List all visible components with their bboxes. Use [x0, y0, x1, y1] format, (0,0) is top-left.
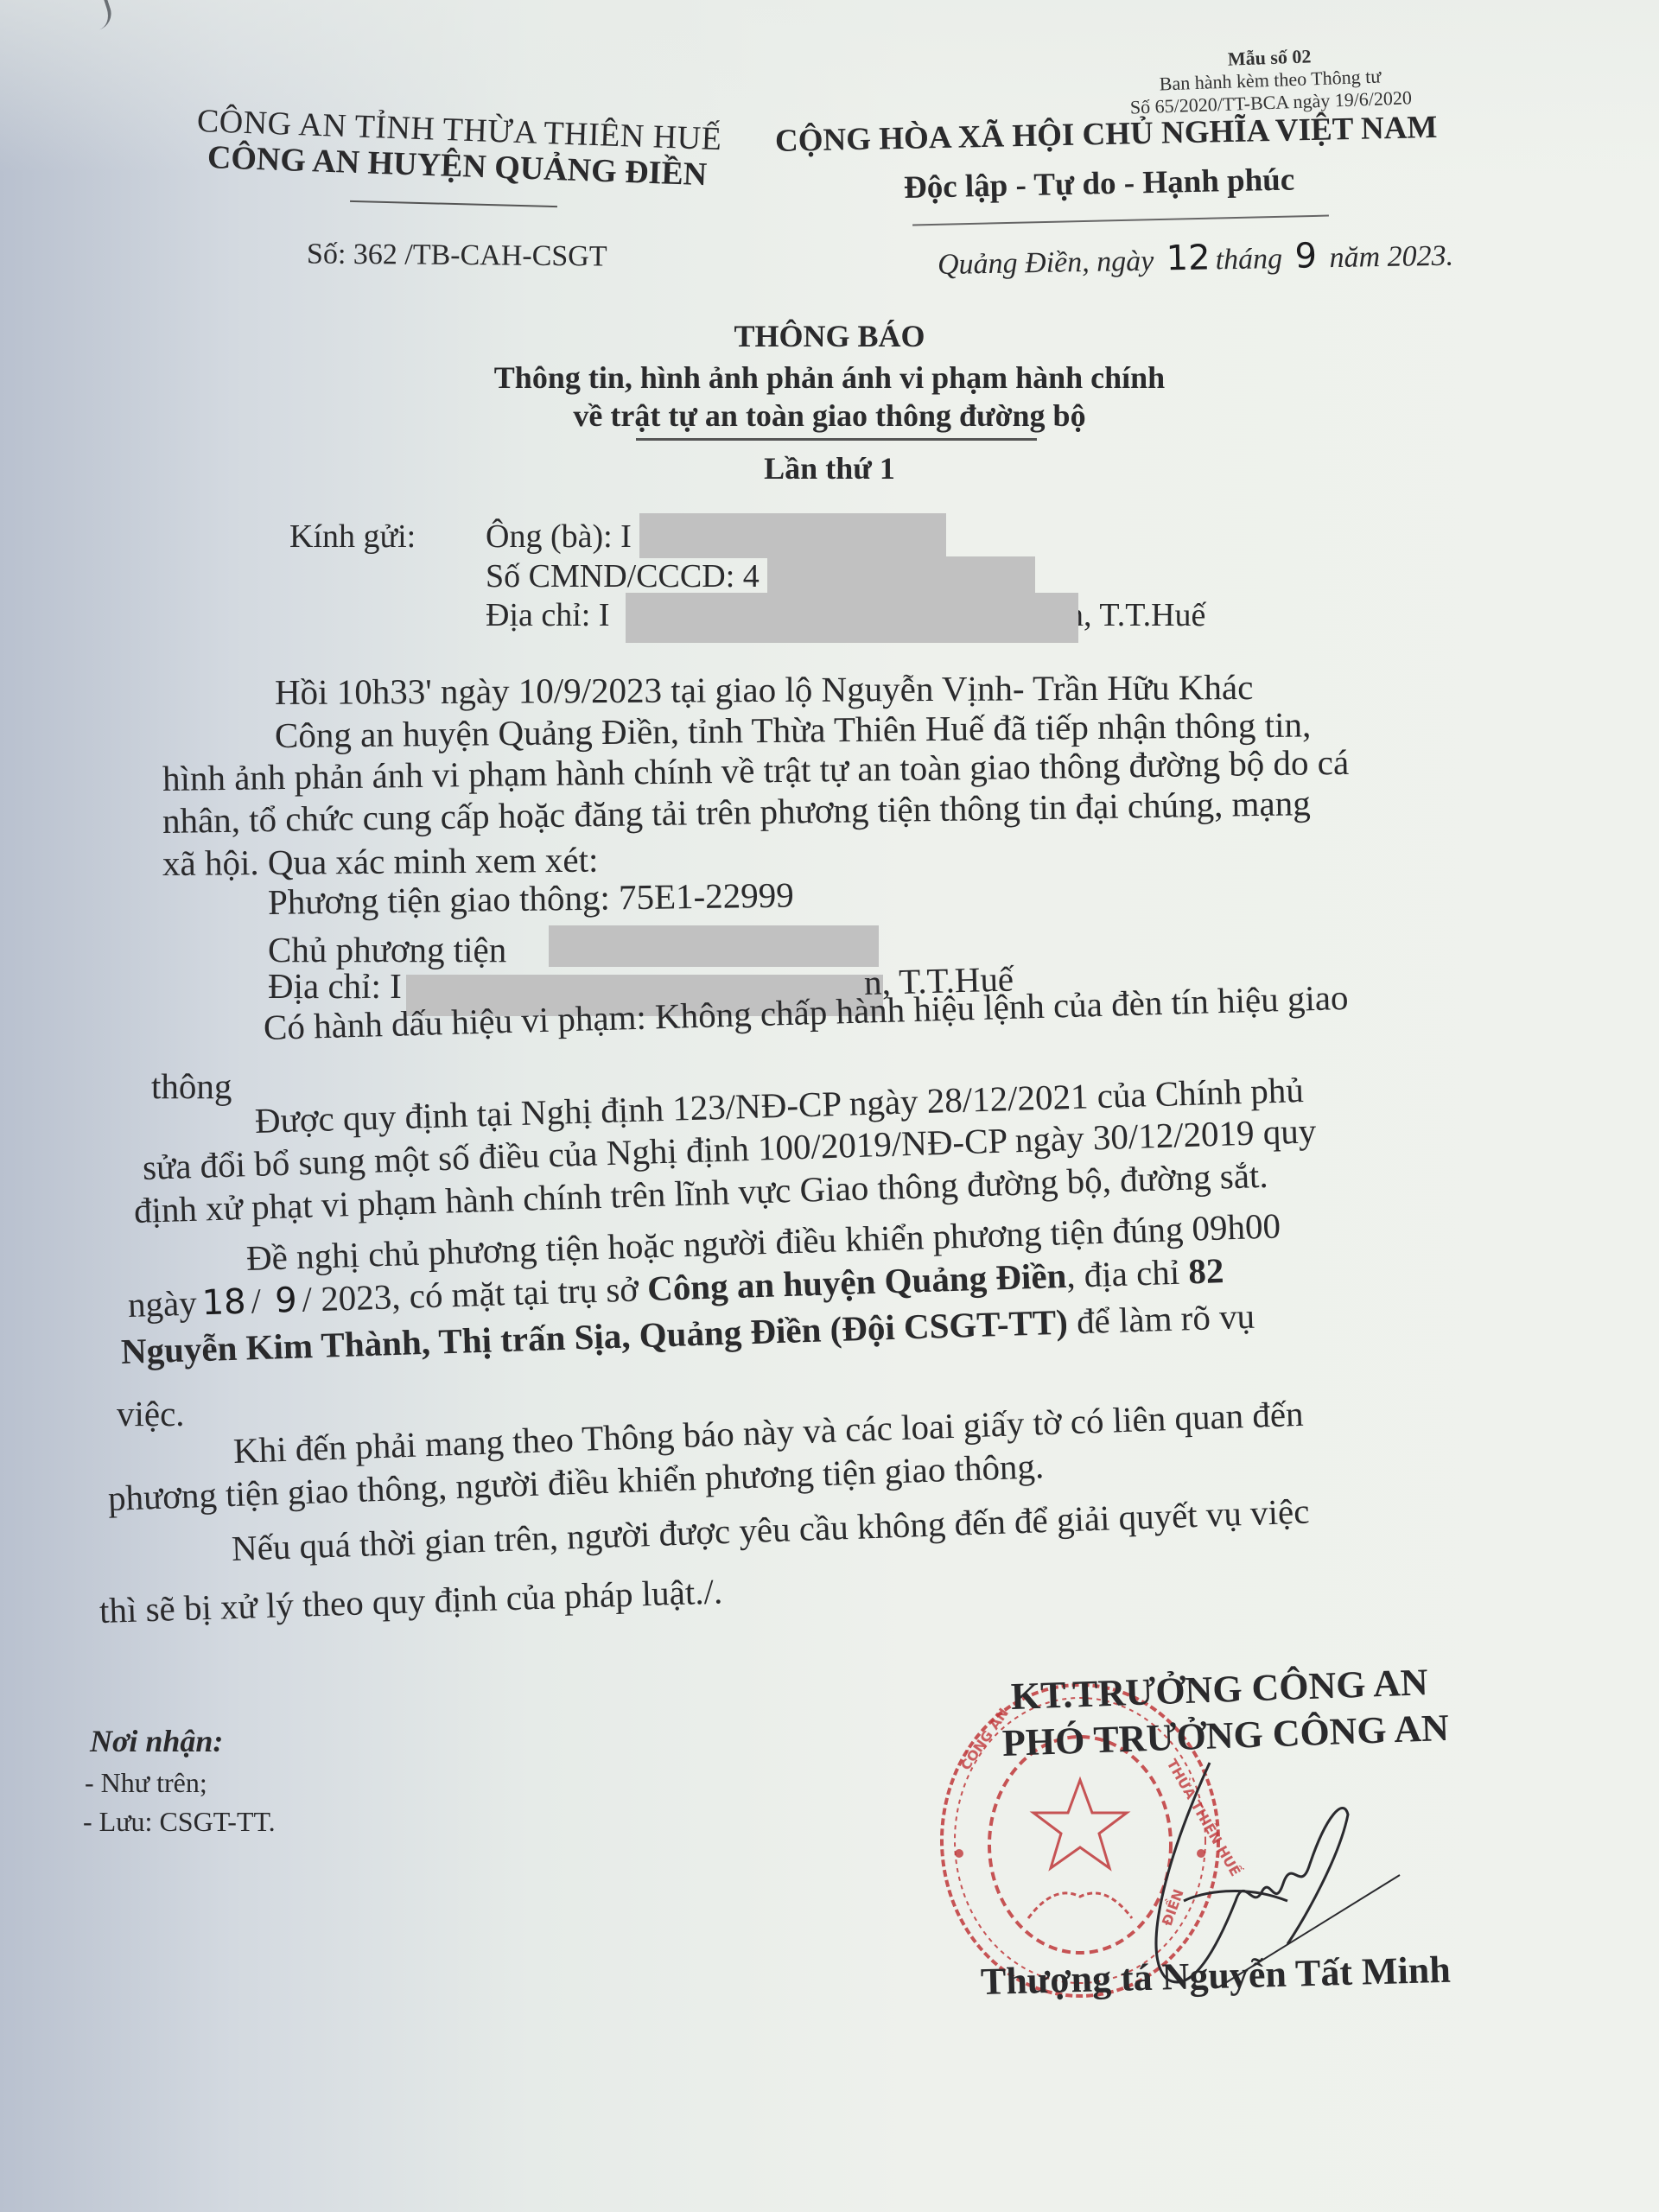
- violation-line2: thông: [151, 1065, 232, 1107]
- recipient-label: Kính gửi:: [289, 518, 416, 556]
- recipient-item-1: - Như trên;: [85, 1767, 207, 1799]
- recipient-name: Ông (bà): I: [486, 518, 632, 556]
- document-number: Số: 362 /TB-CAH-CSGT: [307, 238, 607, 273]
- vehicle-owner: Chủ phương tiện: [268, 929, 506, 970]
- recipient-address: Địa chỉ: I: [486, 596, 610, 634]
- document-page: Mẫu số 02 Ban hành kèm theo Thông tư Số …: [0, 0, 1659, 2212]
- form-note: Mẫu số 02 Ban hành kèm theo Thông tư Số …: [1122, 41, 1419, 119]
- recipient-id: Số CMND/CCCD: 4: [486, 557, 760, 595]
- handwritten-day: 12: [1160, 238, 1216, 278]
- document-title: THÔNG BÁO: [0, 318, 1659, 354]
- agency-underline: [350, 200, 557, 207]
- notice-issue: Lần thứ 1: [0, 450, 1659, 486]
- document-subtitle-2: về trật tự an toàn giao thông đường bộ: [0, 397, 1659, 434]
- recipient-address-suffix: n, T.T.Huế: [1067, 596, 1205, 634]
- vehicle-plate: Phương tiện giao thông: 75E1-22999: [268, 874, 794, 923]
- warning-line2: thì sẽ bị xử lý theo quy định của pháp l…: [99, 1570, 723, 1631]
- document-date: Quảng Điền, ngày 12tháng 9 năm 2023.: [938, 234, 1454, 283]
- title-underline: [636, 438, 1037, 441]
- redaction-address: [626, 593, 1078, 643]
- handwritten-request-day: 18: [196, 1282, 251, 1324]
- redaction-id: [767, 556, 1035, 598]
- redaction-owner: [549, 925, 879, 967]
- handwritten-month: 9: [1289, 236, 1322, 276]
- request-line4: việc.: [117, 1393, 185, 1434]
- recipients-heading: Nơi nhận:: [90, 1723, 223, 1759]
- owner-address: Địa chỉ: I: [268, 965, 402, 1007]
- recipient-item-2: - Lưu: CSGT-TT.: [83, 1806, 276, 1838]
- document-subtitle-1: Thông tin, hình ảnh phản ánh vi phạm hàn…: [0, 359, 1659, 396]
- redaction-name: [639, 513, 946, 558]
- national-motto: Độc lập - Tự do - Hạnh phúc: [904, 162, 1295, 207]
- motto-underline: [912, 215, 1329, 226]
- handwritten-request-month: 9: [269, 1281, 302, 1321]
